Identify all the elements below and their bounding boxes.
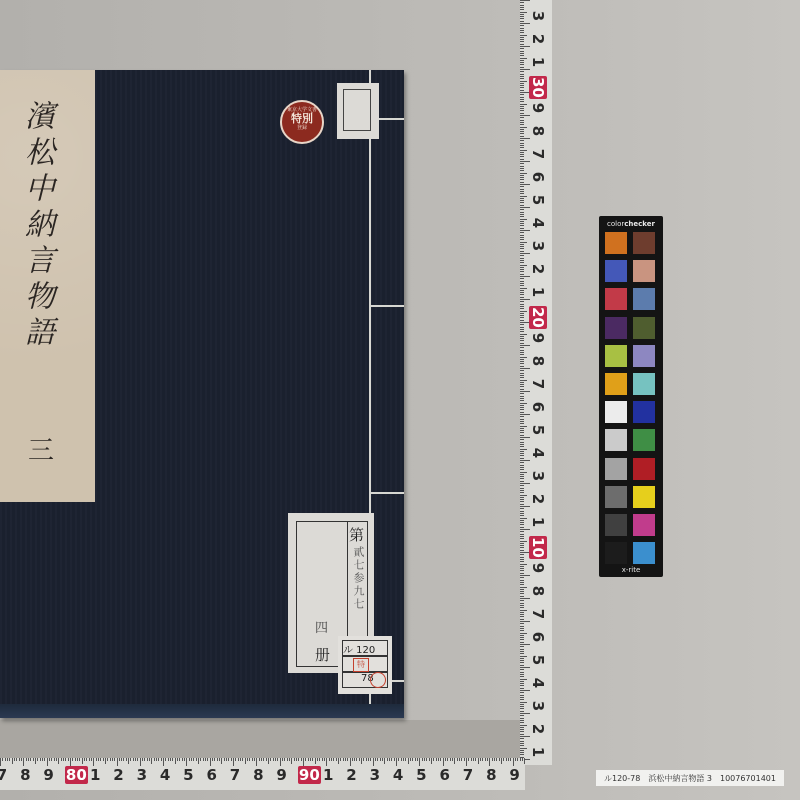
ruler-tick — [520, 623, 524, 624]
ruler-tick — [520, 653, 524, 654]
ruler-tick — [520, 290, 524, 291]
ruler-tick — [520, 304, 524, 305]
ruler-tick — [520, 246, 524, 247]
ruler-tick — [520, 12, 527, 13]
ruler-tick — [520, 140, 524, 141]
ruler-tick — [520, 251, 524, 252]
ruler-tick — [520, 423, 524, 424]
color-swatch — [633, 458, 655, 480]
ruler-number: 5 — [181, 766, 195, 784]
ruler-tick — [135, 758, 136, 761]
ruler-tick — [289, 758, 290, 761]
ruler-tick — [520, 64, 524, 65]
ruler-tick — [123, 758, 124, 761]
color-swatch — [605, 401, 627, 423]
ruler-tick — [65, 758, 66, 761]
ruler-tick — [520, 554, 524, 555]
ruler-tick — [520, 78, 524, 79]
ruler-tick — [333, 758, 334, 761]
ruler-tick — [520, 435, 524, 436]
ruler-tick — [72, 758, 73, 761]
catalog-number: 10076701401 — [720, 774, 776, 783]
ruler-tick — [520, 628, 524, 629]
ruler-tick — [489, 758, 490, 766]
ruler-tick — [520, 485, 524, 486]
color-swatch — [605, 486, 627, 508]
ruler-tick — [520, 265, 527, 266]
ruler-tick — [110, 758, 111, 761]
ruler-tick — [198, 758, 199, 764]
ruler-tick — [520, 87, 524, 88]
ruler-tick — [520, 662, 524, 663]
ruler-tick — [426, 758, 427, 761]
ruler-tick — [520, 605, 524, 606]
ruler-tick — [436, 758, 437, 761]
ruler-tick — [214, 758, 215, 761]
ruler-tick — [520, 660, 524, 661]
ruler-tick — [520, 676, 524, 677]
ruler-number: 1 — [529, 283, 547, 301]
ruler-tick — [520, 527, 524, 528]
shelf-row-1: ル 120 — [342, 640, 388, 656]
ruler-tick — [471, 758, 472, 761]
xrite-logo: x-rite — [599, 566, 663, 574]
ruler-tick — [443, 758, 444, 766]
ruler-tick — [473, 758, 474, 761]
color-swatch — [633, 288, 655, 310]
ruler-tick — [520, 375, 524, 376]
ruler-tick — [520, 412, 524, 413]
catalog-id-label: ル120-78 浜松中納言物語 3 10076701401 — [596, 770, 784, 786]
ruler-tick — [2, 758, 3, 761]
ruler-tick — [191, 758, 192, 761]
ruler-number: 4 — [158, 766, 172, 784]
color-swatch — [605, 345, 627, 367]
ruler-tick — [298, 758, 299, 761]
ruler-tick — [515, 758, 516, 761]
ruler-tick — [520, 193, 524, 194]
ruler-tick — [23, 758, 24, 766]
ruler-tick — [520, 196, 527, 197]
ruler-tick — [520, 633, 527, 634]
ruler-tick — [520, 665, 524, 666]
ruler-tick — [184, 758, 185, 761]
ruler-tick — [196, 758, 197, 761]
ruler-tick — [49, 758, 50, 761]
ruler-number: 80 — [65, 766, 79, 784]
ruler-tick — [107, 758, 108, 761]
ruler-tick — [520, 559, 524, 560]
ruler-number: 8 — [529, 352, 547, 370]
ruler-tick — [182, 758, 183, 761]
ruler-tick — [520, 490, 524, 491]
ruler-number: 9 — [42, 766, 56, 784]
ruler-tick — [501, 758, 502, 764]
ruler-tick — [520, 244, 524, 245]
ruler-tick — [119, 758, 120, 761]
ruler-tick — [520, 159, 524, 160]
ruler-tick — [419, 758, 420, 766]
ruler-tick — [520, 407, 524, 408]
catalog-code: ル120-78 — [604, 773, 640, 784]
ruler-tick — [520, 584, 524, 585]
ruler-tick — [33, 758, 34, 761]
ruler-tick — [44, 758, 45, 761]
ruler-tick — [520, 242, 527, 243]
ruler-tick — [520, 725, 527, 726]
color-swatch — [605, 288, 627, 310]
ruler-tick — [520, 152, 524, 153]
ruler-number: 7 — [529, 375, 547, 393]
ruler-tick — [520, 104, 527, 105]
ruler-tick — [464, 758, 465, 761]
ruler-tick — [520, 99, 524, 100]
ruler-tick — [405, 758, 406, 761]
ruler-tick — [520, 182, 524, 183]
ruler-tick — [389, 758, 390, 761]
ruler-number: 30 — [529, 76, 547, 94]
ruler-tick — [401, 758, 402, 761]
ruler-tick — [70, 758, 71, 766]
ruler-tick — [520, 499, 524, 500]
ruler-tick — [480, 758, 481, 761]
ruler-tick — [520, 347, 524, 348]
ruler-tick — [5, 758, 6, 761]
ruler-tick — [520, 308, 524, 309]
ruler-number: 6 — [529, 628, 547, 646]
color-swatch — [633, 401, 655, 423]
ruler-tick — [329, 758, 330, 761]
ruler-tick — [273, 758, 274, 761]
ruler-tick — [520, 538, 524, 539]
ruler-tick — [254, 758, 255, 761]
ruler-tick — [520, 39, 524, 40]
book-shadow — [0, 720, 525, 760]
ruler-tick — [520, 62, 524, 63]
ruler-number: 8 — [529, 582, 547, 600]
ruler-tick — [440, 758, 441, 761]
ruler-tick — [424, 758, 425, 761]
color-swatch — [633, 260, 655, 282]
ruler-tick — [520, 359, 524, 360]
ruler-tick — [520, 635, 524, 636]
color-swatch — [605, 458, 627, 480]
ruler-tick — [61, 758, 62, 761]
ruler-tick — [520, 212, 524, 213]
ruler-tick — [520, 396, 524, 397]
ruler-tick — [520, 430, 524, 431]
ruler-tick — [520, 715, 524, 716]
ruler-tick — [520, 570, 524, 571]
ruler-tick — [520, 336, 524, 337]
ruler-tick — [231, 758, 232, 761]
ruler-tick — [158, 758, 159, 761]
ruler-tick — [301, 758, 302, 761]
ruler-tick — [520, 699, 524, 700]
ruler-tick — [520, 679, 527, 680]
ruler-tick — [520, 722, 524, 723]
ruler-tick — [520, 465, 524, 466]
ruler-number: 7 — [0, 766, 9, 784]
color-swatch — [605, 260, 627, 282]
ruler-tick — [520, 21, 524, 22]
ruler-tick — [520, 582, 524, 583]
ruler-tick — [520, 398, 524, 399]
ruler-number: 2 — [529, 30, 547, 48]
color-swatch — [605, 429, 627, 451]
ruler-tick — [520, 488, 524, 489]
ruler-tick — [520, 327, 524, 328]
ruler-tick — [520, 361, 524, 362]
ruler-tick — [520, 642, 524, 643]
ruler-tick — [380, 758, 381, 761]
ruler-tick — [140, 758, 141, 766]
ruler-tick — [310, 758, 311, 761]
color-swatch — [633, 373, 655, 395]
ruler-tick — [520, 403, 527, 404]
ruler-tick — [520, 580, 524, 581]
ruler-tick — [478, 758, 479, 764]
ruler-tick — [520, 697, 524, 698]
ruler-tick — [391, 758, 392, 761]
ruler-number: 20 — [529, 306, 547, 324]
ruler-tick — [520, 444, 524, 445]
ruler-tick — [520, 467, 524, 468]
ruler-tick — [520, 658, 524, 659]
ruler-number: 9 — [275, 766, 289, 784]
ruler-tick — [212, 758, 213, 761]
ruler-tick — [520, 432, 524, 433]
ruler-tick — [520, 55, 524, 56]
ruler-tick — [117, 758, 118, 766]
ruler-tick — [492, 758, 493, 761]
ruler-tick — [520, 366, 524, 367]
ruler-tick — [520, 120, 524, 121]
ruler-tick — [520, 25, 524, 26]
ruler-number: 1 — [529, 53, 547, 71]
ruler-tick — [520, 189, 524, 190]
ruler-tick — [520, 94, 524, 95]
ruler-tick — [156, 758, 157, 761]
ruler-tick — [520, 656, 527, 657]
ruler-tick — [520, 198, 524, 199]
ruler-tick — [224, 758, 225, 761]
ruler-tick — [520, 154, 524, 155]
ruler-tick — [520, 315, 524, 316]
ruler-number: 6 — [438, 766, 452, 784]
label-volume: 四 — [315, 617, 328, 636]
ruler-tick — [91, 758, 92, 761]
ruler-number: 7 — [461, 766, 475, 784]
ruler-tick — [520, 35, 527, 36]
ruler-number: 9 — [529, 99, 547, 117]
ruler-number: 9 — [529, 559, 547, 577]
ruler-tick — [520, 274, 524, 275]
ruler-tick — [454, 758, 455, 764]
ruler-tick — [219, 758, 220, 761]
ruler-tick — [520, 511, 524, 512]
ruler-tick — [203, 758, 204, 761]
ruler-tick — [114, 758, 115, 761]
ruler-tick — [520, 600, 524, 601]
ruler-tick — [287, 758, 288, 761]
ruler-tick — [520, 731, 524, 732]
ruler-tick — [422, 758, 423, 761]
ruler-tick — [487, 758, 488, 761]
ruler-number: 1 — [529, 743, 547, 761]
ruler-tick — [520, 400, 524, 401]
ruler-tick — [144, 758, 145, 761]
ruler-tick — [520, 566, 524, 567]
ruler-tick — [415, 758, 416, 761]
ruler-tick — [520, 205, 524, 206]
ruler-tick — [520, 329, 524, 330]
ruler-tick — [520, 133, 524, 134]
ruler-tick — [520, 320, 524, 321]
ruler-tick — [520, 564, 527, 565]
ruler-tick — [520, 331, 524, 332]
ruler-tick — [520, 239, 524, 240]
ruler-tick — [520, 143, 524, 144]
ruler-tick — [63, 758, 64, 761]
ruler-tick — [520, 706, 524, 707]
ruler-tick — [520, 568, 524, 569]
ruler-tick — [373, 758, 374, 766]
ruler-tick — [165, 758, 166, 761]
ruler-tick — [466, 758, 467, 766]
ruler-tick — [151, 758, 152, 764]
ruler-tick — [520, 674, 524, 675]
ruler-tick — [284, 758, 285, 761]
ruler-tick — [524, 758, 525, 764]
ruler-tick — [520, 370, 524, 371]
ruler-number: 4 — [529, 674, 547, 692]
ruler-number: 4 — [529, 214, 547, 232]
ruler-tick — [172, 758, 173, 761]
ruler-tick — [86, 758, 87, 761]
ruler-tick — [520, 508, 524, 509]
ruler-number: 3 — [529, 7, 547, 25]
ruler-tick — [121, 758, 122, 761]
ruler-tick — [520, 589, 524, 590]
ruler-tick — [35, 758, 36, 764]
ruler-tick — [112, 758, 113, 761]
ruler-tick — [520, 97, 524, 98]
ruler-number: 2 — [529, 490, 547, 508]
label-dai: 第 — [349, 524, 364, 545]
ruler-number: 1 — [321, 766, 335, 784]
ruler-tick — [47, 758, 48, 766]
ruler-tick — [431, 758, 432, 764]
ruler-tick — [520, 672, 524, 673]
ruler-tick — [520, 163, 524, 164]
ruler-tick — [363, 758, 364, 761]
seal-middle-text: 特別 — [282, 113, 322, 124]
ruler-tick — [126, 758, 127, 761]
ruler-tick — [520, 110, 524, 111]
ruler-tick — [305, 758, 306, 761]
ruler-tick — [520, 7, 524, 8]
ruler-tick — [308, 758, 309, 761]
ruler-tick — [520, 455, 524, 456]
red-circle-stamp — [370, 672, 386, 688]
ruler-tick — [207, 758, 208, 761]
ruler-tick — [520, 235, 524, 236]
ruler-number: 8 — [18, 766, 32, 784]
book-cover: 濱松中納言物語 三 東京大学文書 特別 登録 第 貳七参九七 四 册 ル 120… — [0, 70, 404, 718]
ruler-tick — [161, 758, 162, 761]
ruler-tick — [294, 758, 295, 761]
ruler-tick — [193, 758, 194, 761]
ruler-tick — [520, 446, 524, 447]
ruler-tick — [210, 758, 211, 766]
ruler-tick — [520, 393, 524, 394]
ruler-tick — [319, 758, 320, 761]
ruler-tick — [259, 758, 260, 761]
ruler-tick — [522, 758, 523, 761]
ruler-tick — [520, 131, 524, 132]
ruler-tick — [261, 758, 262, 761]
ruler-tick — [317, 758, 318, 761]
ruler-number: 2 — [529, 720, 547, 738]
ruler-tick — [520, 41, 524, 42]
ruler-tick — [520, 702, 527, 703]
ruler-tick — [410, 758, 411, 761]
ruler-tick — [520, 646, 524, 647]
ruler-tick — [520, 14, 524, 15]
ruler-tick — [0, 758, 1, 766]
ruler-tick — [520, 469, 524, 470]
ruler-tick — [163, 758, 164, 766]
ruler-tick — [499, 758, 500, 761]
ruler-tick — [82, 758, 83, 764]
volume-number: 三 — [28, 430, 54, 467]
ruler-tick — [520, 85, 524, 86]
ruler-tick — [520, 117, 524, 118]
ruler-number: 9 — [508, 766, 522, 784]
ruler-tick — [503, 758, 504, 761]
ruler-tick — [520, 219, 527, 220]
ruler-tick — [520, 458, 524, 459]
ruler-tick — [520, 729, 524, 730]
ruler-tick — [520, 453, 524, 454]
ruler-tick — [520, 421, 524, 422]
ruler-tick — [520, 536, 524, 537]
ruler-tick — [520, 405, 524, 406]
shelf-row-2: 特 — [342, 656, 388, 672]
ruler-tick — [520, 518, 527, 519]
special-collection-seal: 東京大学文書 特別 登録 — [280, 100, 324, 144]
ruler-tick — [130, 758, 131, 761]
ruler-tick — [30, 758, 31, 761]
ruler-tick — [520, 53, 524, 54]
ruler-tick — [242, 758, 243, 761]
ruler-tick — [520, 497, 524, 498]
ruler-tick — [100, 758, 101, 761]
ruler-tick — [494, 758, 495, 761]
ruler-number: 2 — [345, 766, 359, 784]
ruler-tick — [520, 232, 524, 233]
color-swatch — [633, 429, 655, 451]
ruler-tick — [520, 683, 524, 684]
ruler-tick — [200, 758, 201, 761]
ruler-number: 5 — [414, 766, 428, 784]
ruler-tick — [520, 462, 524, 463]
ruler-tick — [520, 534, 524, 535]
red-stamp: 特 — [353, 658, 369, 672]
ruler-tick — [89, 758, 90, 761]
ruler-tick — [520, 681, 524, 682]
